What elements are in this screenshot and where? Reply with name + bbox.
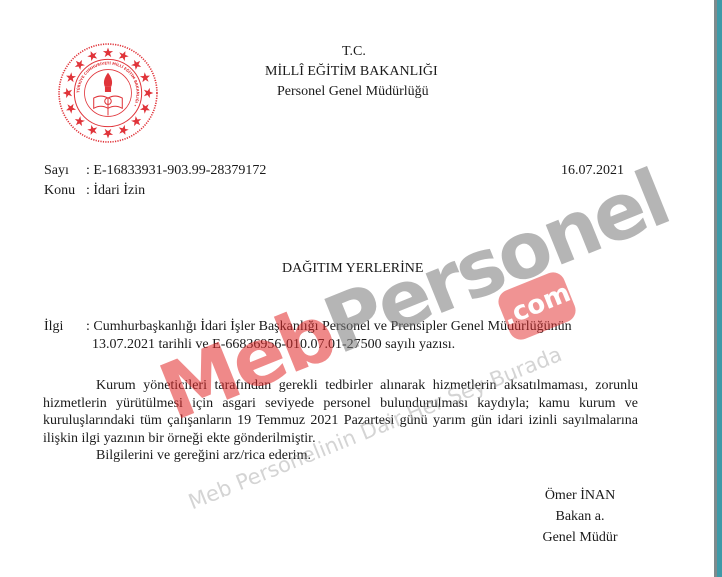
ministry-seal-icon: TÜRKİYE CUMHURİYETİ MİLLÎ EĞİTİM BAKANLI… [57,42,159,144]
recipient-heading: DAĞITIM YERLERİNE [282,261,423,277]
body-line: kuruluşlarındaki tüm çalışanların 19 Tem… [43,412,638,430]
body-line: hizmetlerin yürütülmesi için asgari sevi… [43,395,638,413]
konu-value: : İdari İzin [86,183,145,199]
document-page: TÜRKİYE CUMHURİYETİ MİLLÎ EĞİTİM BAKANLI… [0,0,714,577]
ilgi-line-1: : Cumhurbaşkanlığı İdari İşler Başkanlığ… [86,319,572,335]
signatory-name: Ömer İNAN [520,485,640,506]
signatory-title-2: Genel Müdür [520,527,640,548]
signatory-title-1: Bakan a. [520,506,640,527]
signature-block: Ömer İNAN Bakan a. Genel Müdür [520,485,640,548]
closing-line: Bilgilerini ve gereğini arz/rica ederim. [96,448,311,464]
sayi-value: : E-16833931-903.99-28379172 [86,163,266,179]
header-tc: T.C. [342,44,366,60]
document-date: 16.07.2021 [561,163,624,179]
header-ministry: MİLLÎ EĞİTİM BAKANLIĞI [265,64,438,80]
sayi-label: Sayı [44,163,69,179]
body-line: ilişkin ilgi yazının bir örneği ekte gön… [43,430,638,448]
konu-label: Konu [44,183,75,199]
window-edge-strip [717,0,722,577]
body-line: Kurum yöneticileri tarafından gerekli te… [43,377,638,395]
ilgi-label: İlgi [44,319,63,335]
header-directorate: Personel Genel Müdürlüğü [277,84,429,100]
ilgi-line-2: 13.07.2021 tarihli ve E-66836956-010.07.… [92,337,455,353]
body-paragraph: Kurum yöneticileri tarafından gerekli te… [43,377,638,447]
